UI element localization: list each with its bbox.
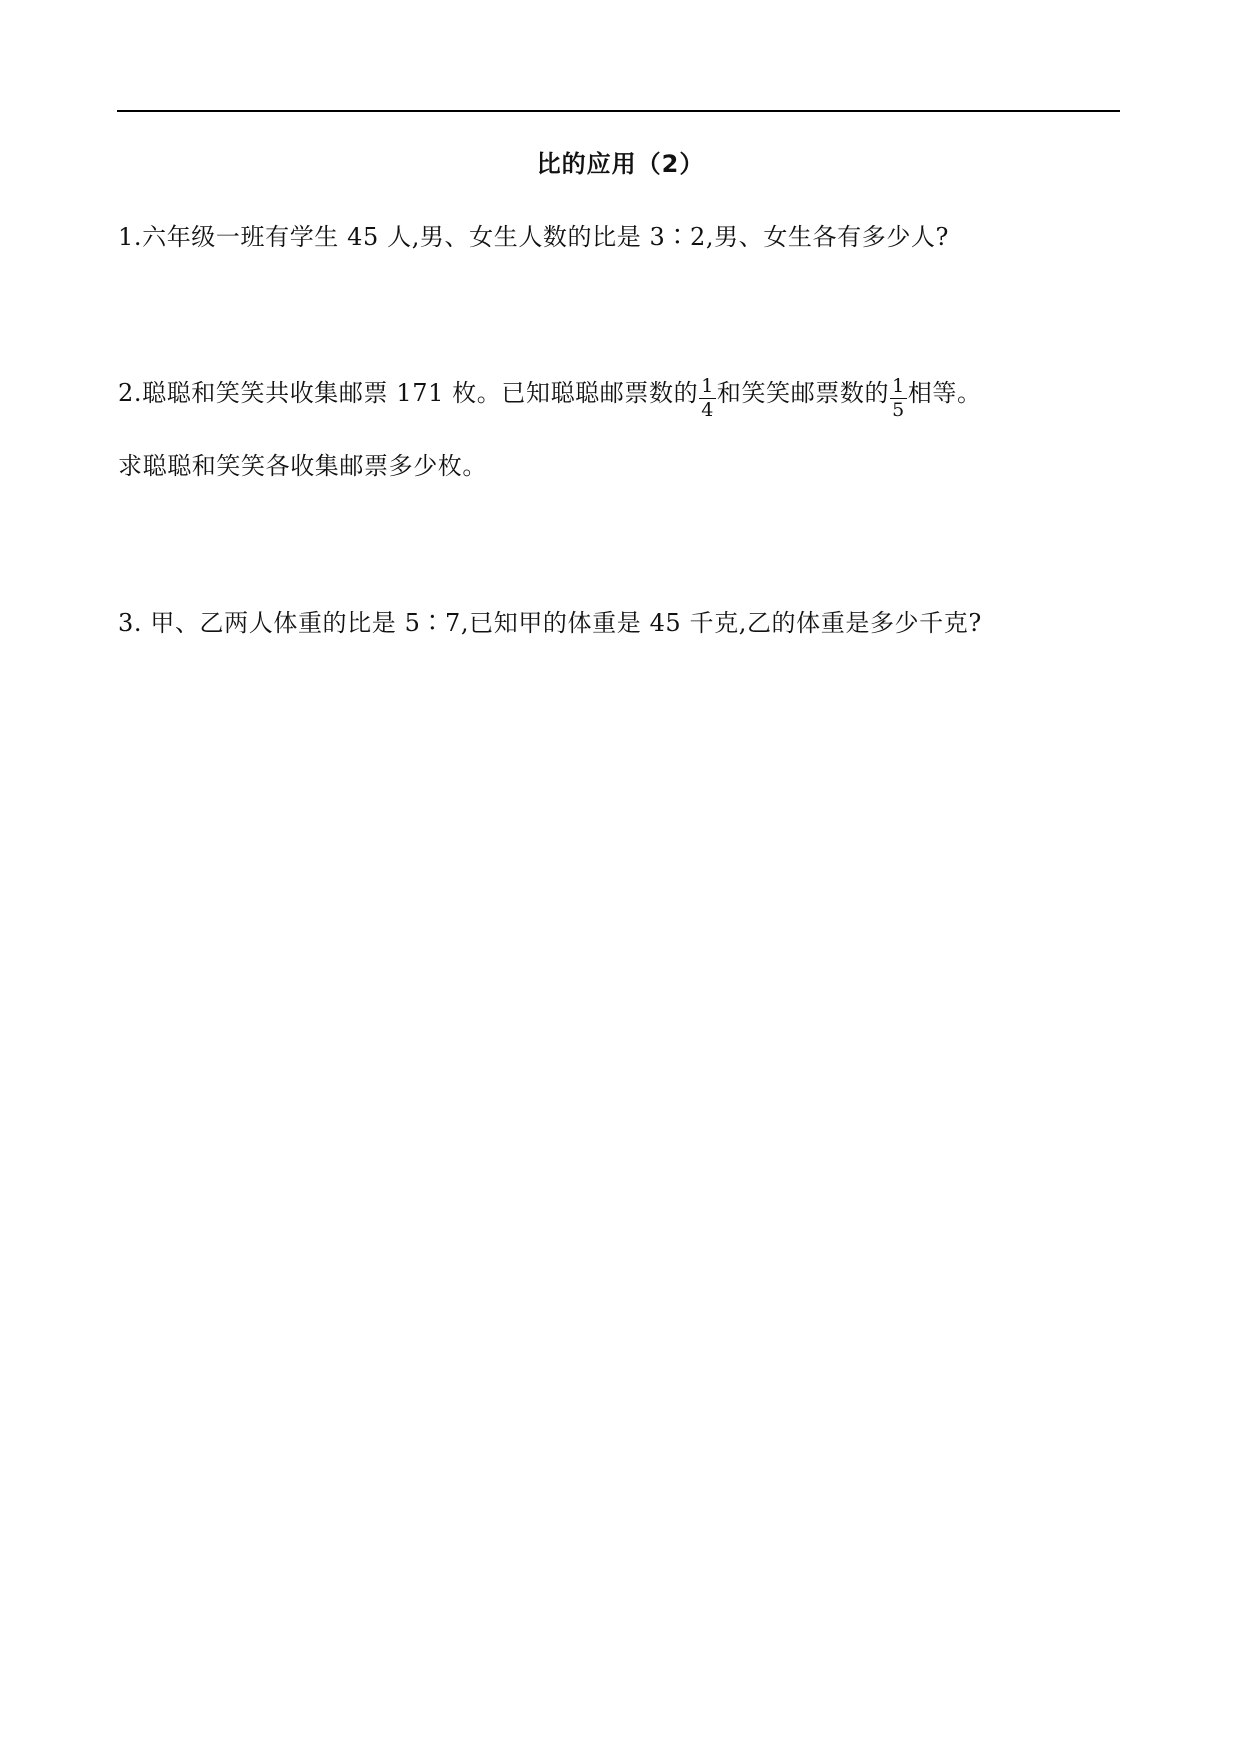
question-2-line-2: 求聪聪和笑笑各收集邮票多少枚。	[118, 446, 487, 481]
question-number: 2.	[118, 379, 142, 407]
question-text-part1: 聪聪和笑笑共收集邮票 171 枚。已知聪聪邮票数的	[142, 379, 698, 407]
question-3: 3. 甲、乙两人体重的比是 5∶7,已知甲的体重是 45 千克,乙的体重是多少千…	[118, 603, 982, 638]
question-text-part2: 和笑笑邮票数的	[717, 379, 889, 407]
question-number: 3.	[118, 609, 142, 637]
question-number: 1.	[118, 223, 142, 251]
header-rule	[117, 110, 1120, 112]
question-text: 甲、乙两人体重的比是 5∶7,已知甲的体重是 45 千克,乙的体重是多少千克?	[142, 609, 982, 637]
fraction-denominator: 4	[699, 399, 716, 420]
fraction-numerator: 1	[890, 377, 907, 399]
question-text-part3: 相等。	[908, 379, 982, 407]
fraction-one-fifth: 15	[890, 377, 907, 420]
question-text: 六年级一班有学生 45 人,男、女生人数的比是 3∶2,男、女生各有多少人?	[142, 223, 949, 251]
page-title: 比的应用（2）	[0, 144, 1241, 179]
question-1: 1.六年级一班有学生 45 人,男、女生人数的比是 3∶2,男、女生各有多少人?	[118, 217, 949, 252]
question-text-line2: 求聪聪和笑笑各收集邮票多少枚。	[118, 452, 487, 480]
fraction-denominator: 5	[890, 399, 907, 420]
fraction-one-quarter: 14	[699, 377, 716, 420]
fraction-numerator: 1	[699, 377, 716, 399]
question-2: 2.聪聪和笑笑共收集邮票 171 枚。已知聪聪邮票数的14和笑笑邮票数的15相等…	[118, 373, 982, 416]
